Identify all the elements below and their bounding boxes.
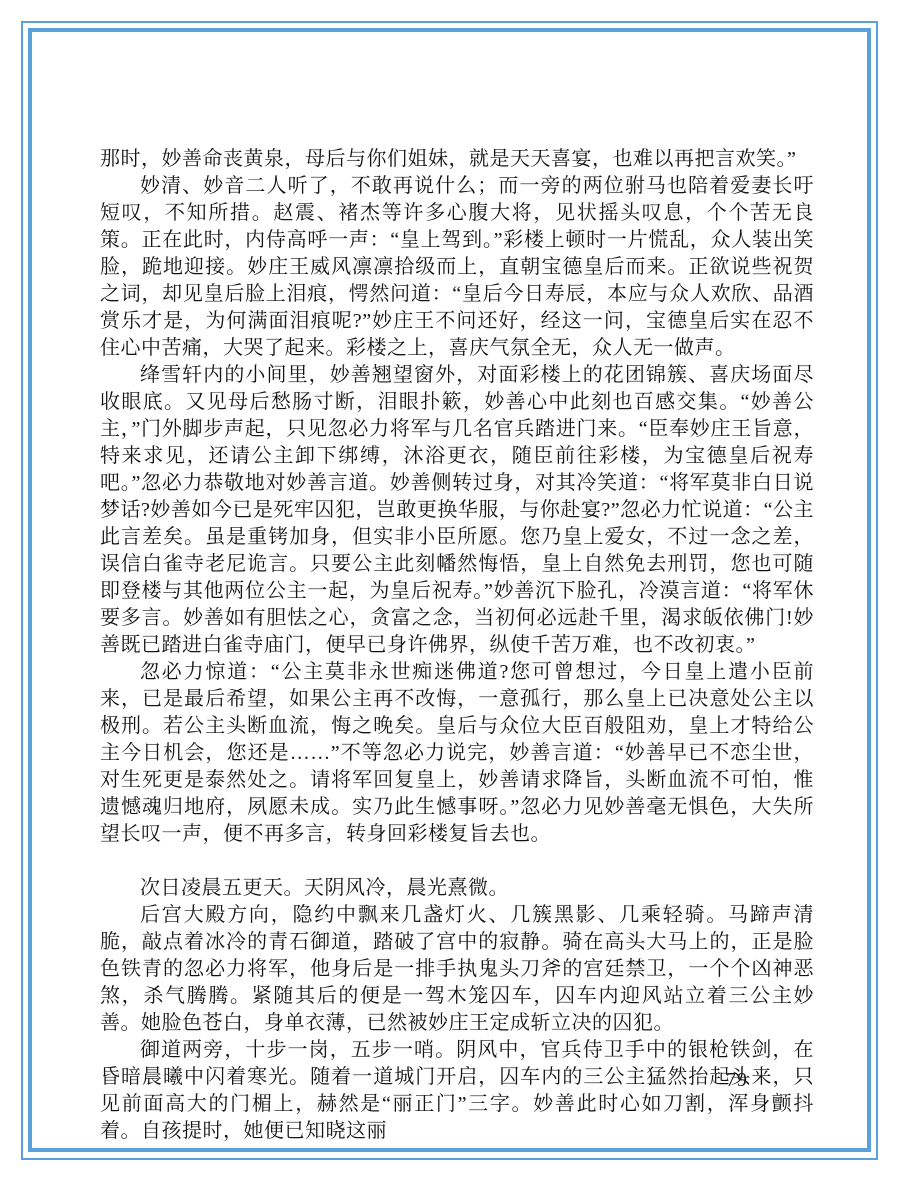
body-paragraph: 忽必力惊道：“公主莫非永世痴迷佛道?您可曾想过，今日皇上遣小臣前来，已是最后希望… <box>100 659 814 848</box>
page-body-text: 那时，妙善命丧黄泉，母后与你们姐妹，就是天天喜宴，也难以再把言欢笑。” 妙清、妙… <box>100 146 814 1145</box>
body-paragraph-section-start: 次日凌晨五更天。天阴风冷，晨光熹微。 <box>100 875 814 902</box>
body-paragraph-continuation: 那时，妙善命丧黄泉，母后与你们姐妹，就是天天喜宴，也难以再把言欢笑。” <box>100 146 814 173</box>
body-paragraph: 绛雪轩内的小间里，妙善翘望窗外，对面彩楼上的花团锦簇、喜庆场面尽收眼底。又见母后… <box>100 362 814 659</box>
page-number: 79 <box>598 1069 748 1092</box>
body-paragraph: 妙清、妙音二人听了，不敢再说什么；而一旁的两位驸马也陪着爱妻长吁短叹，不知所措。… <box>100 173 814 362</box>
body-paragraph: 后宫大殿方向，隐约中飘来几盏灯火、几簇黑影、几乘轻骑。马蹄声清脆，敲点着冰冷的青… <box>100 902 814 1037</box>
